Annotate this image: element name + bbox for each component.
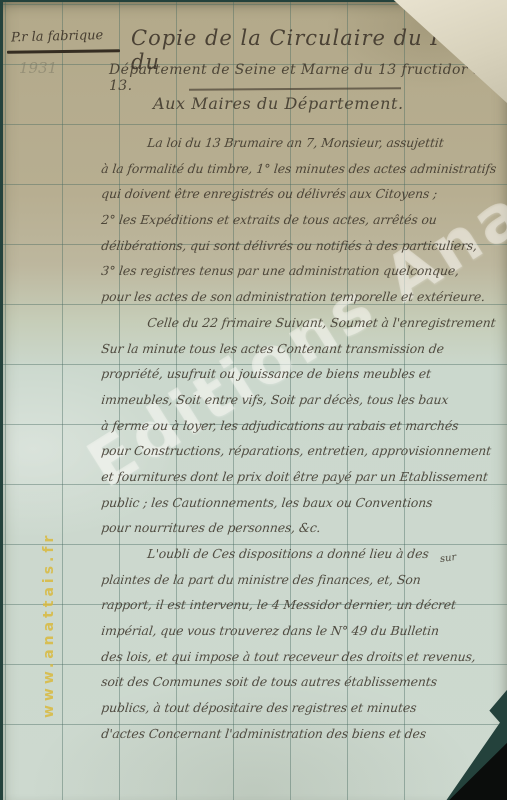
manuscript-line-24: d'actes Concernant l'administration des … — [100, 721, 507, 747]
manuscript-line-23: publics, à tout dépositaire des registre… — [100, 695, 507, 721]
manuscript-body: La loi du 13 Brumaire an 7, Monsieur, as… — [100, 130, 507, 747]
manuscript-line-10: propriété, usufruit ou jouissance de bie… — [100, 361, 507, 387]
manuscript-line-3: qui doivent être enregistrés ou délivrés… — [100, 181, 507, 207]
manuscript-line-12: à ferme ou à loyer, les adjudications au… — [100, 413, 507, 439]
salutation-line: Aux Maires du Département. — [153, 94, 453, 113]
manuscript-line-11: immeubles, Soit entre vifs, Soit par déc… — [100, 387, 507, 413]
manuscript-line-20: impérial, que vous trouverez dans le N° … — [100, 618, 507, 644]
interline-insertion: sur — [439, 552, 457, 565]
manuscript-line-18: plaintes de la part du ministre des fina… — [100, 567, 507, 593]
manuscript-line-19: rapport, il est intervenu, le 4 Messidor… — [100, 592, 507, 618]
manuscript-paper: Editions Anattais www.anattais.fr P.r la… — [3, 2, 507, 800]
manuscript-line-6: 3° les registres tenus par une administr… — [100, 258, 507, 284]
pencil-number: 1931 — [19, 59, 57, 77]
manuscript-line-22: soit des Communes soit de tous autres ét… — [100, 669, 507, 695]
manuscript-line-21: des lois, et qui impose à tout receveur … — [100, 644, 507, 670]
manuscript-line-16: pour nourritures de personnes, &c. — [100, 515, 507, 541]
manuscript-line-5: délibérations, qui sont délivrés ou noti… — [100, 233, 507, 259]
manuscript-line-7: pour les actes de son administration tem… — [100, 284, 507, 310]
manuscript-line-4: 2° les Expéditions et extraits de tous a… — [100, 207, 507, 233]
manuscript-line-14: et fournitures dont le prix doit être pa… — [100, 464, 507, 490]
margin-note: P.r la fabrique — [11, 28, 121, 46]
manuscript-line-15: public ; les Cautionnements, les baux ou… — [100, 490, 507, 516]
manuscript-line-13: pour Constructions, réparations, entreti… — [100, 438, 507, 464]
margin-note-underline — [7, 49, 120, 54]
side-watermark-url: www.anattais.fr — [41, 498, 57, 718]
scanned-manuscript-page: Editions Anattais www.anattais.fr P.r la… — [0, 0, 507, 800]
manuscript-line-9: Sur la minute tous les actes Contenant t… — [100, 336, 507, 362]
manuscript-line-1: La loi du 13 Brumaire an 7, Monsieur, as… — [100, 130, 507, 156]
manuscript-line-8: Celle du 22 frimaire Suivant, Soumet à l… — [100, 310, 507, 336]
manuscript-line-2: à la formalité du timbre, 1° les minutes… — [100, 156, 507, 182]
